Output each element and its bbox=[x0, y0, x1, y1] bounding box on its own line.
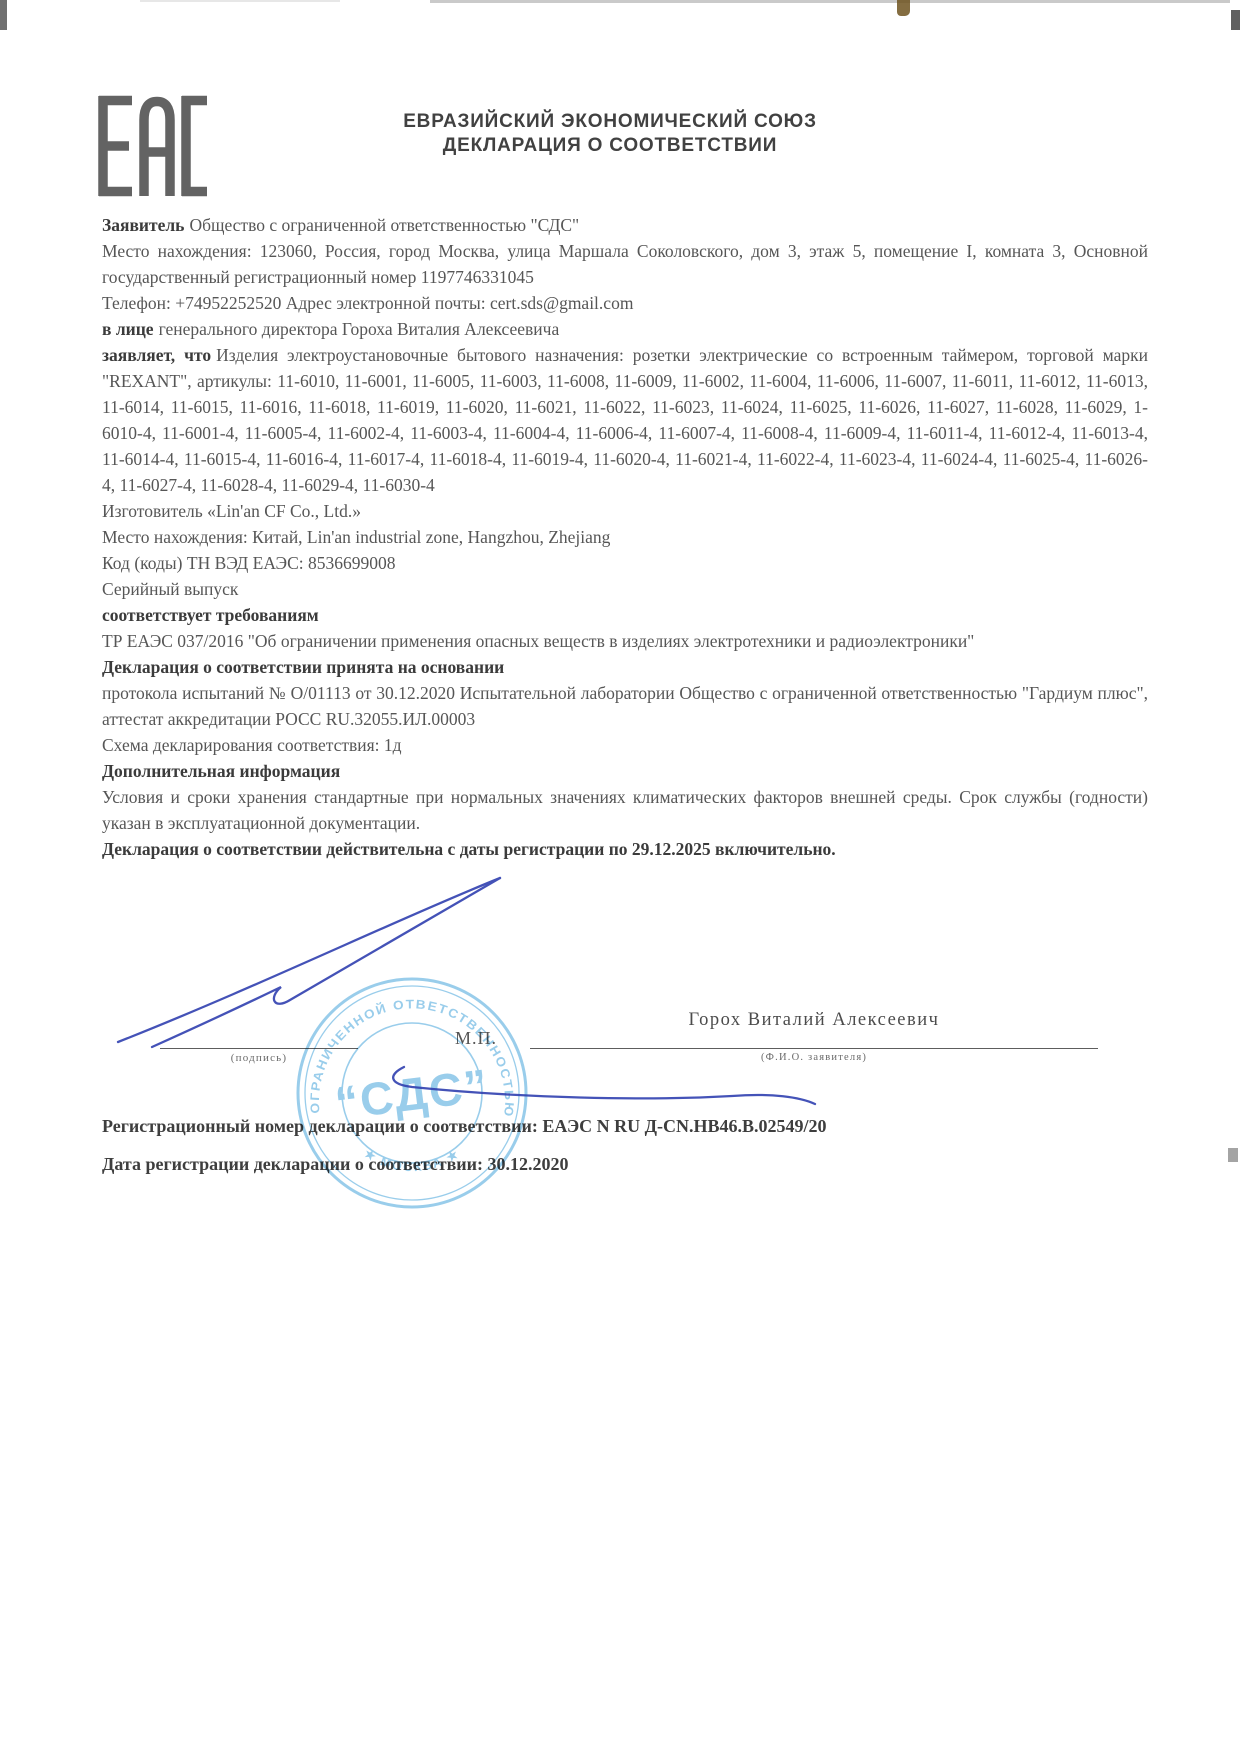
para-serial: Серийный выпуск bbox=[102, 576, 1148, 602]
scan-artifact bbox=[1231, 10, 1240, 30]
para-person: в лицегенерального директора Гороха Вита… bbox=[102, 316, 1148, 342]
fio-line bbox=[530, 1048, 1098, 1049]
heading-additional: Дополнительная информация bbox=[102, 758, 1148, 784]
signature-caption: (подпись) bbox=[160, 1052, 358, 1064]
para-phone: Телефон: +74952252520 Адрес электронной … bbox=[102, 290, 1148, 316]
applicant-value: Общество с ограниченной ответственностью… bbox=[189, 215, 579, 235]
registration-date: Дата регистрации декларации о соответств… bbox=[102, 1152, 1152, 1176]
person-value: генерального директора Гороха Виталия Ал… bbox=[159, 319, 560, 339]
applicant-label: Заявитель bbox=[102, 215, 184, 235]
title-line-2: ДЕКЛАРАЦИЯ О СООТВЕТСТВИИ bbox=[300, 134, 920, 158]
eac-logo-icon bbox=[94, 94, 212, 198]
para-scheme: Схема декларирования соответствия: 1д bbox=[102, 732, 1148, 758]
para-regulation: ТР ЕАЭС 037/2016 "Об ограничении примене… bbox=[102, 628, 1148, 654]
title-line-1: ЕВРАЗИЙСКИЙ ЭКОНОМИЧЕСКИЙ СОЮЗ bbox=[300, 110, 920, 134]
para-applicant: ЗаявительОбщество с ограниченной ответст… bbox=[102, 212, 1148, 238]
para-validity: Декларация о соответствии действительна … bbox=[102, 836, 1148, 862]
heading-conforms: соответствует требованиям bbox=[102, 602, 1148, 628]
heading-basis: Декларация о соответствии принята на осн… bbox=[102, 654, 1148, 680]
applicant-fio: Горох Виталий Алексеевич bbox=[530, 1010, 1098, 1031]
para-protocol: протокола испытаний № О/01113 от 30.12.2… bbox=[102, 680, 1148, 732]
declares-value: Изделия электроустановочные бытового наз… bbox=[102, 345, 1148, 495]
para-tnved: Код (коды) ТН ВЭД ЕАЭС: 8536699008 bbox=[102, 550, 1148, 576]
document-title: ЕВРАЗИЙСКИЙ ЭКОНОМИЧЕСКИЙ СОЮЗ ДЕКЛАРАЦИ… bbox=[300, 110, 920, 158]
mp-label: М.П. bbox=[455, 1028, 497, 1049]
registration-block: Регистрационный номер декларации о соотв… bbox=[102, 1114, 1152, 1190]
scan-artifact bbox=[430, 0, 1230, 3]
scan-artifact bbox=[1228, 1148, 1238, 1162]
document-page: ЕВРАЗИЙСКИЙ ЭКОНОМИЧЕСКИЙ СОЮЗ ДЕКЛАРАЦИ… bbox=[0, 0, 1240, 1755]
declares-label: заявляет, что bbox=[102, 345, 211, 365]
para-declares: заявляет, чтоИзделия электроустановочные… bbox=[102, 342, 1148, 498]
scan-artifact bbox=[897, 0, 910, 16]
registration-number: Регистрационный номер декларации о соотв… bbox=[102, 1114, 1152, 1138]
fio-caption: (Ф.И.О. заявителя) bbox=[530, 1052, 1098, 1063]
para-conditions: Условия и сроки хранения стандартные при… bbox=[102, 784, 1148, 836]
person-label: в лице bbox=[102, 319, 154, 339]
para-manufacturer: Изготовитель «Lin'an CF Co., Ltd.» bbox=[102, 498, 1148, 524]
document-body: ЗаявительОбщество с ограниченной ответст… bbox=[102, 212, 1148, 862]
para-manufacturer-address: Место нахождения: Китай, Lin'an industri… bbox=[102, 524, 1148, 550]
scan-artifact bbox=[0, 0, 7, 30]
signature-line bbox=[160, 1048, 358, 1049]
scan-artifact bbox=[140, 0, 340, 2]
para-address: Место нахождения: 123060, Россия, город … bbox=[102, 238, 1148, 290]
